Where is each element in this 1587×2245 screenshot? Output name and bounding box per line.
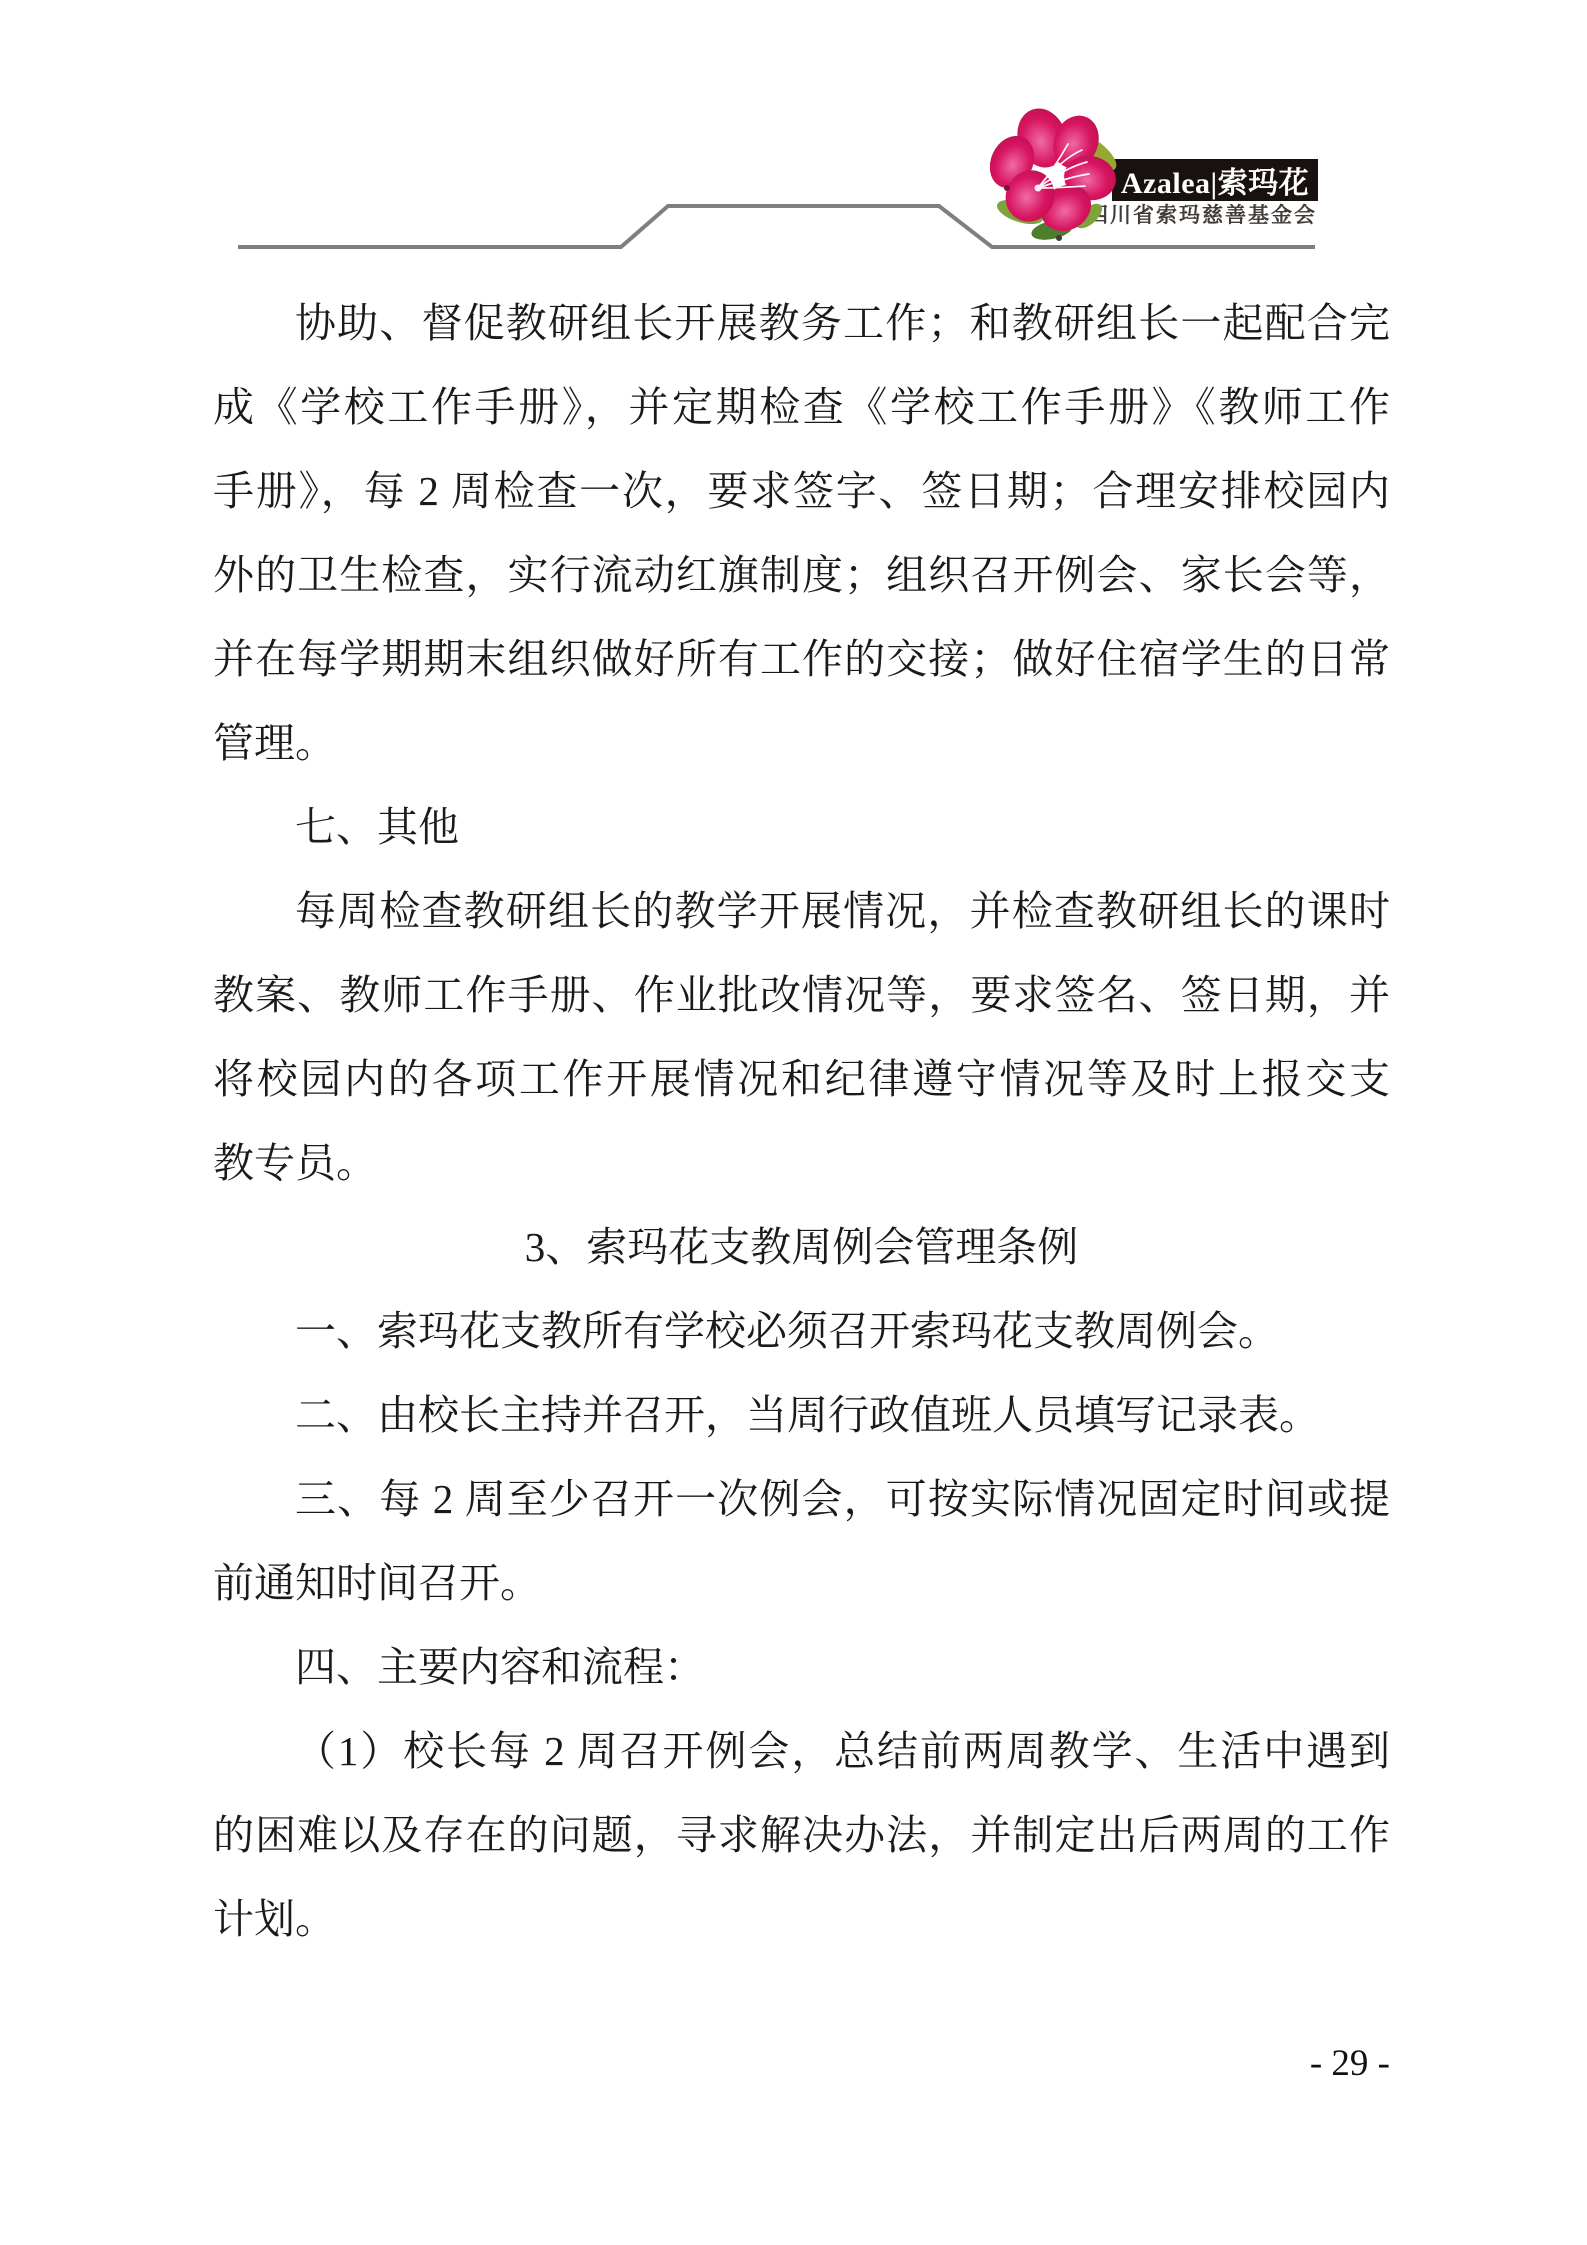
text-line: 将校园内的各项工作开展情况和纪律遵守情况等及时上报交支 (213, 1037, 1390, 1121)
text-line: 管理。 (213, 701, 1390, 785)
text-line: （1）校长每 2 周召开例会，总结前两周教学、生活中遇到 (213, 1709, 1390, 1793)
document-body: 协助、督促教研组长开展教务工作；和教研组长一起配合完成《学校工作手册》，并定期检… (213, 281, 1390, 1961)
text-line: 一、索玛花支教所有学校必须召开索玛花支教周例会。 (213, 1289, 1390, 1373)
text-line: 的困难以及存在的问题，寻求解决办法，并制定出后两周的工作 (213, 1793, 1390, 1877)
text-line: 协助、督促教研组长开展教务工作；和教研组长一起配合完 (213, 281, 1390, 365)
text-line: 前通知时间召开。 (213, 1541, 1390, 1625)
text-line: 七、其他 (213, 785, 1390, 869)
text-line: 成《学校工作手册》，并定期检查《学校工作手册》《教师工作 (213, 365, 1390, 449)
brand-wordmark: Azalea|索玛花 (1121, 158, 1309, 202)
text-line: 每周检查教研组长的教学开展情况，并检查教研组长的课时 (213, 869, 1390, 953)
foundation-name: 四川省索玛慈善基金会 (1086, 202, 1318, 228)
text-line: 教专员。 (213, 1121, 1390, 1205)
text-line: 二、由校长主持并召开，当周行政值班人员填写记录表。 (213, 1373, 1390, 1457)
text-line: 手册》，每 2 周检查一次，要求签字、签日期；合理安排校园内 (213, 449, 1390, 533)
document-page: Azalea|索玛花 四川省索玛慈善基金会 (0, 0, 1587, 2245)
header-divider-rule (0, 0, 1587, 270)
text-line: 3、索玛花支教周例会管理条例 (213, 1205, 1390, 1289)
text-line: 计划。 (213, 1877, 1390, 1961)
text-line: 并在每学期期末组织做好所有工作的交接；做好住宿学生的日常 (213, 617, 1390, 701)
page-number: - 29 - (1310, 2042, 1390, 2085)
text-line: 外的卫生检查，实行流动红旗制度；组织召开例会、家长会等， (213, 533, 1390, 617)
text-line: 四、主要内容和流程： (213, 1625, 1390, 1709)
text-line: 教案、教师工作手册、作业批改情况等，要求签名、签日期，并 (213, 953, 1390, 1037)
text-line: 三、每 2 周至少召开一次例会，可按实际情况固定时间或提 (213, 1457, 1390, 1541)
logo-banner: Azalea|索玛花 (1112, 159, 1318, 201)
